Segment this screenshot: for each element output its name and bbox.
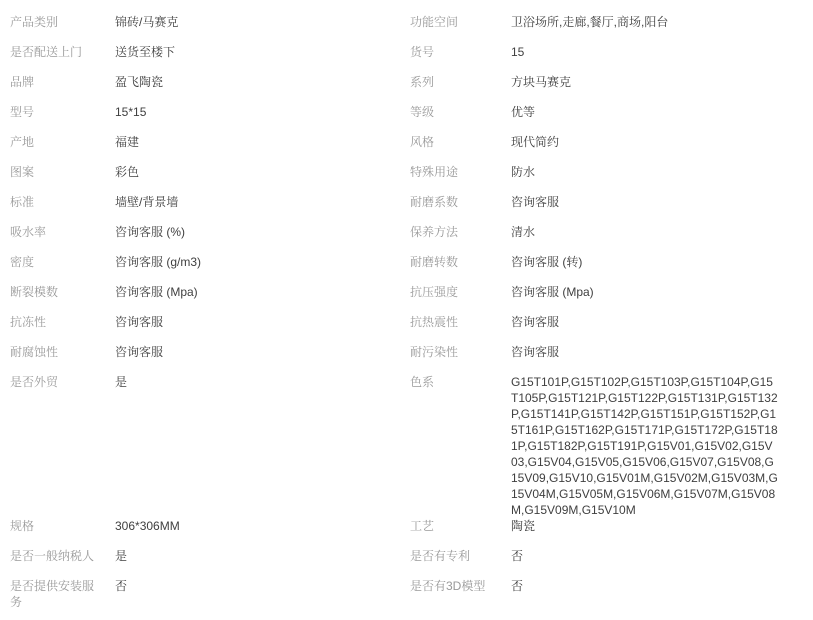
spec-cell-label: 型号: [10, 104, 115, 120]
spec-cell-label: 是否一般纳税人: [10, 548, 115, 564]
spec-cell-label: 图案: [10, 164, 115, 180]
product-spec-table: 产品类别 锦砖/马赛克 功能空间 卫浴场所,走廊,餐厅,商场,阳台 是否配送上门…: [0, 0, 813, 610]
spec-cell-value: 咨询客服: [115, 344, 410, 360]
spec-cell-value: 锦砖/马赛克: [115, 14, 410, 30]
spec-cell-value: 否: [115, 578, 410, 594]
spec-cell-label: 系列: [410, 74, 511, 90]
spec-cell-label: 抗冻性: [10, 314, 115, 330]
spec-cell-label: 产地: [10, 134, 115, 150]
spec-cell-value: 卫浴场所,走廊,餐厅,商场,阳台: [511, 14, 792, 30]
spec-cell-value: 咨询客服 (g/m3): [115, 254, 410, 270]
spec-cell-label: 规格: [10, 518, 115, 534]
spec-cell-label: 耐腐蚀性: [10, 344, 115, 360]
spec-cell-label: 色系: [410, 374, 511, 390]
spec-cell-value: 是: [115, 548, 410, 564]
spec-cell-value: 15: [511, 44, 792, 60]
spec-cell-label: 抗热震性: [410, 314, 511, 330]
spec-cell-label: 保养方法: [410, 224, 511, 240]
spec-cell-value: 是: [115, 374, 410, 390]
spec-cell-value: 送货至楼下: [115, 44, 410, 60]
spec-cell-value: 咨询客服 (%): [115, 224, 410, 240]
spec-cell-value-color-series: G15T101P,G15T102P,G15T103P,G15T104P,G15T…: [511, 374, 792, 518]
spec-cell-value: 咨询客服 (转): [511, 254, 792, 270]
spec-cell-label: 耐磨系数: [410, 194, 511, 210]
spec-cell-label: 是否配送上门: [10, 44, 115, 60]
spec-cell-label: 是否有3D模型: [410, 578, 511, 594]
spec-cell-label: 标准: [10, 194, 115, 210]
spec-cell-value: 现代简约: [511, 134, 792, 150]
spec-cell-value: 盈飞陶瓷: [115, 74, 410, 90]
spec-cell-label: 耐污染性: [410, 344, 511, 360]
spec-cell-value: 方块马赛克: [511, 74, 792, 90]
spec-cell-value: 15*15: [115, 104, 410, 120]
spec-cell-value: 优等: [511, 104, 792, 120]
spec-cell-value: 咨询客服: [511, 194, 792, 210]
spec-cell-label: 功能空间: [410, 14, 511, 30]
spec-cell-label: 产品类别: [10, 14, 115, 30]
spec-cell-value: 墙壁/背景墙: [115, 194, 410, 210]
spec-cell-value: 咨询客服: [115, 314, 410, 330]
spec-cell-value: 彩色: [115, 164, 410, 180]
spec-cell-label: 抗压强度: [410, 284, 511, 300]
spec-cell-value: 咨询客服: [511, 344, 792, 360]
spec-cell-value: 否: [511, 578, 792, 594]
spec-cell-label: 工艺: [410, 518, 511, 534]
spec-cell-value: 306*306MM: [115, 518, 410, 534]
spec-cell-label: 吸水率: [10, 224, 115, 240]
spec-cell-label: 耐磨转数: [410, 254, 511, 270]
spec-cell-label: 断裂模数: [10, 284, 115, 300]
spec-cell-label: 品牌: [10, 74, 115, 90]
spec-cell-value: 咨询客服: [511, 314, 792, 330]
spec-cell-label: 是否有专利: [410, 548, 511, 564]
spec-cell-value: 清水: [511, 224, 792, 240]
spec-cell-label: 密度: [10, 254, 115, 270]
spec-cell-value: 防水: [511, 164, 792, 180]
spec-cell-value: 陶瓷: [511, 518, 792, 534]
spec-cell-value: 咨询客服 (Mpa): [115, 284, 410, 300]
spec-cell-label: 货号: [410, 44, 511, 60]
spec-cell-label: 特殊用途: [410, 164, 511, 180]
spec-cell-label: 风格: [410, 134, 511, 150]
spec-cell-value: 否: [511, 548, 792, 564]
spec-cell-value: 咨询客服 (Mpa): [511, 284, 792, 300]
spec-cell-label: 是否提供安装服务: [10, 578, 115, 610]
spec-cell-value: 福建: [115, 134, 410, 150]
spec-cell-label: 是否外贸: [10, 374, 115, 390]
spec-cell-label: 等级: [410, 104, 511, 120]
